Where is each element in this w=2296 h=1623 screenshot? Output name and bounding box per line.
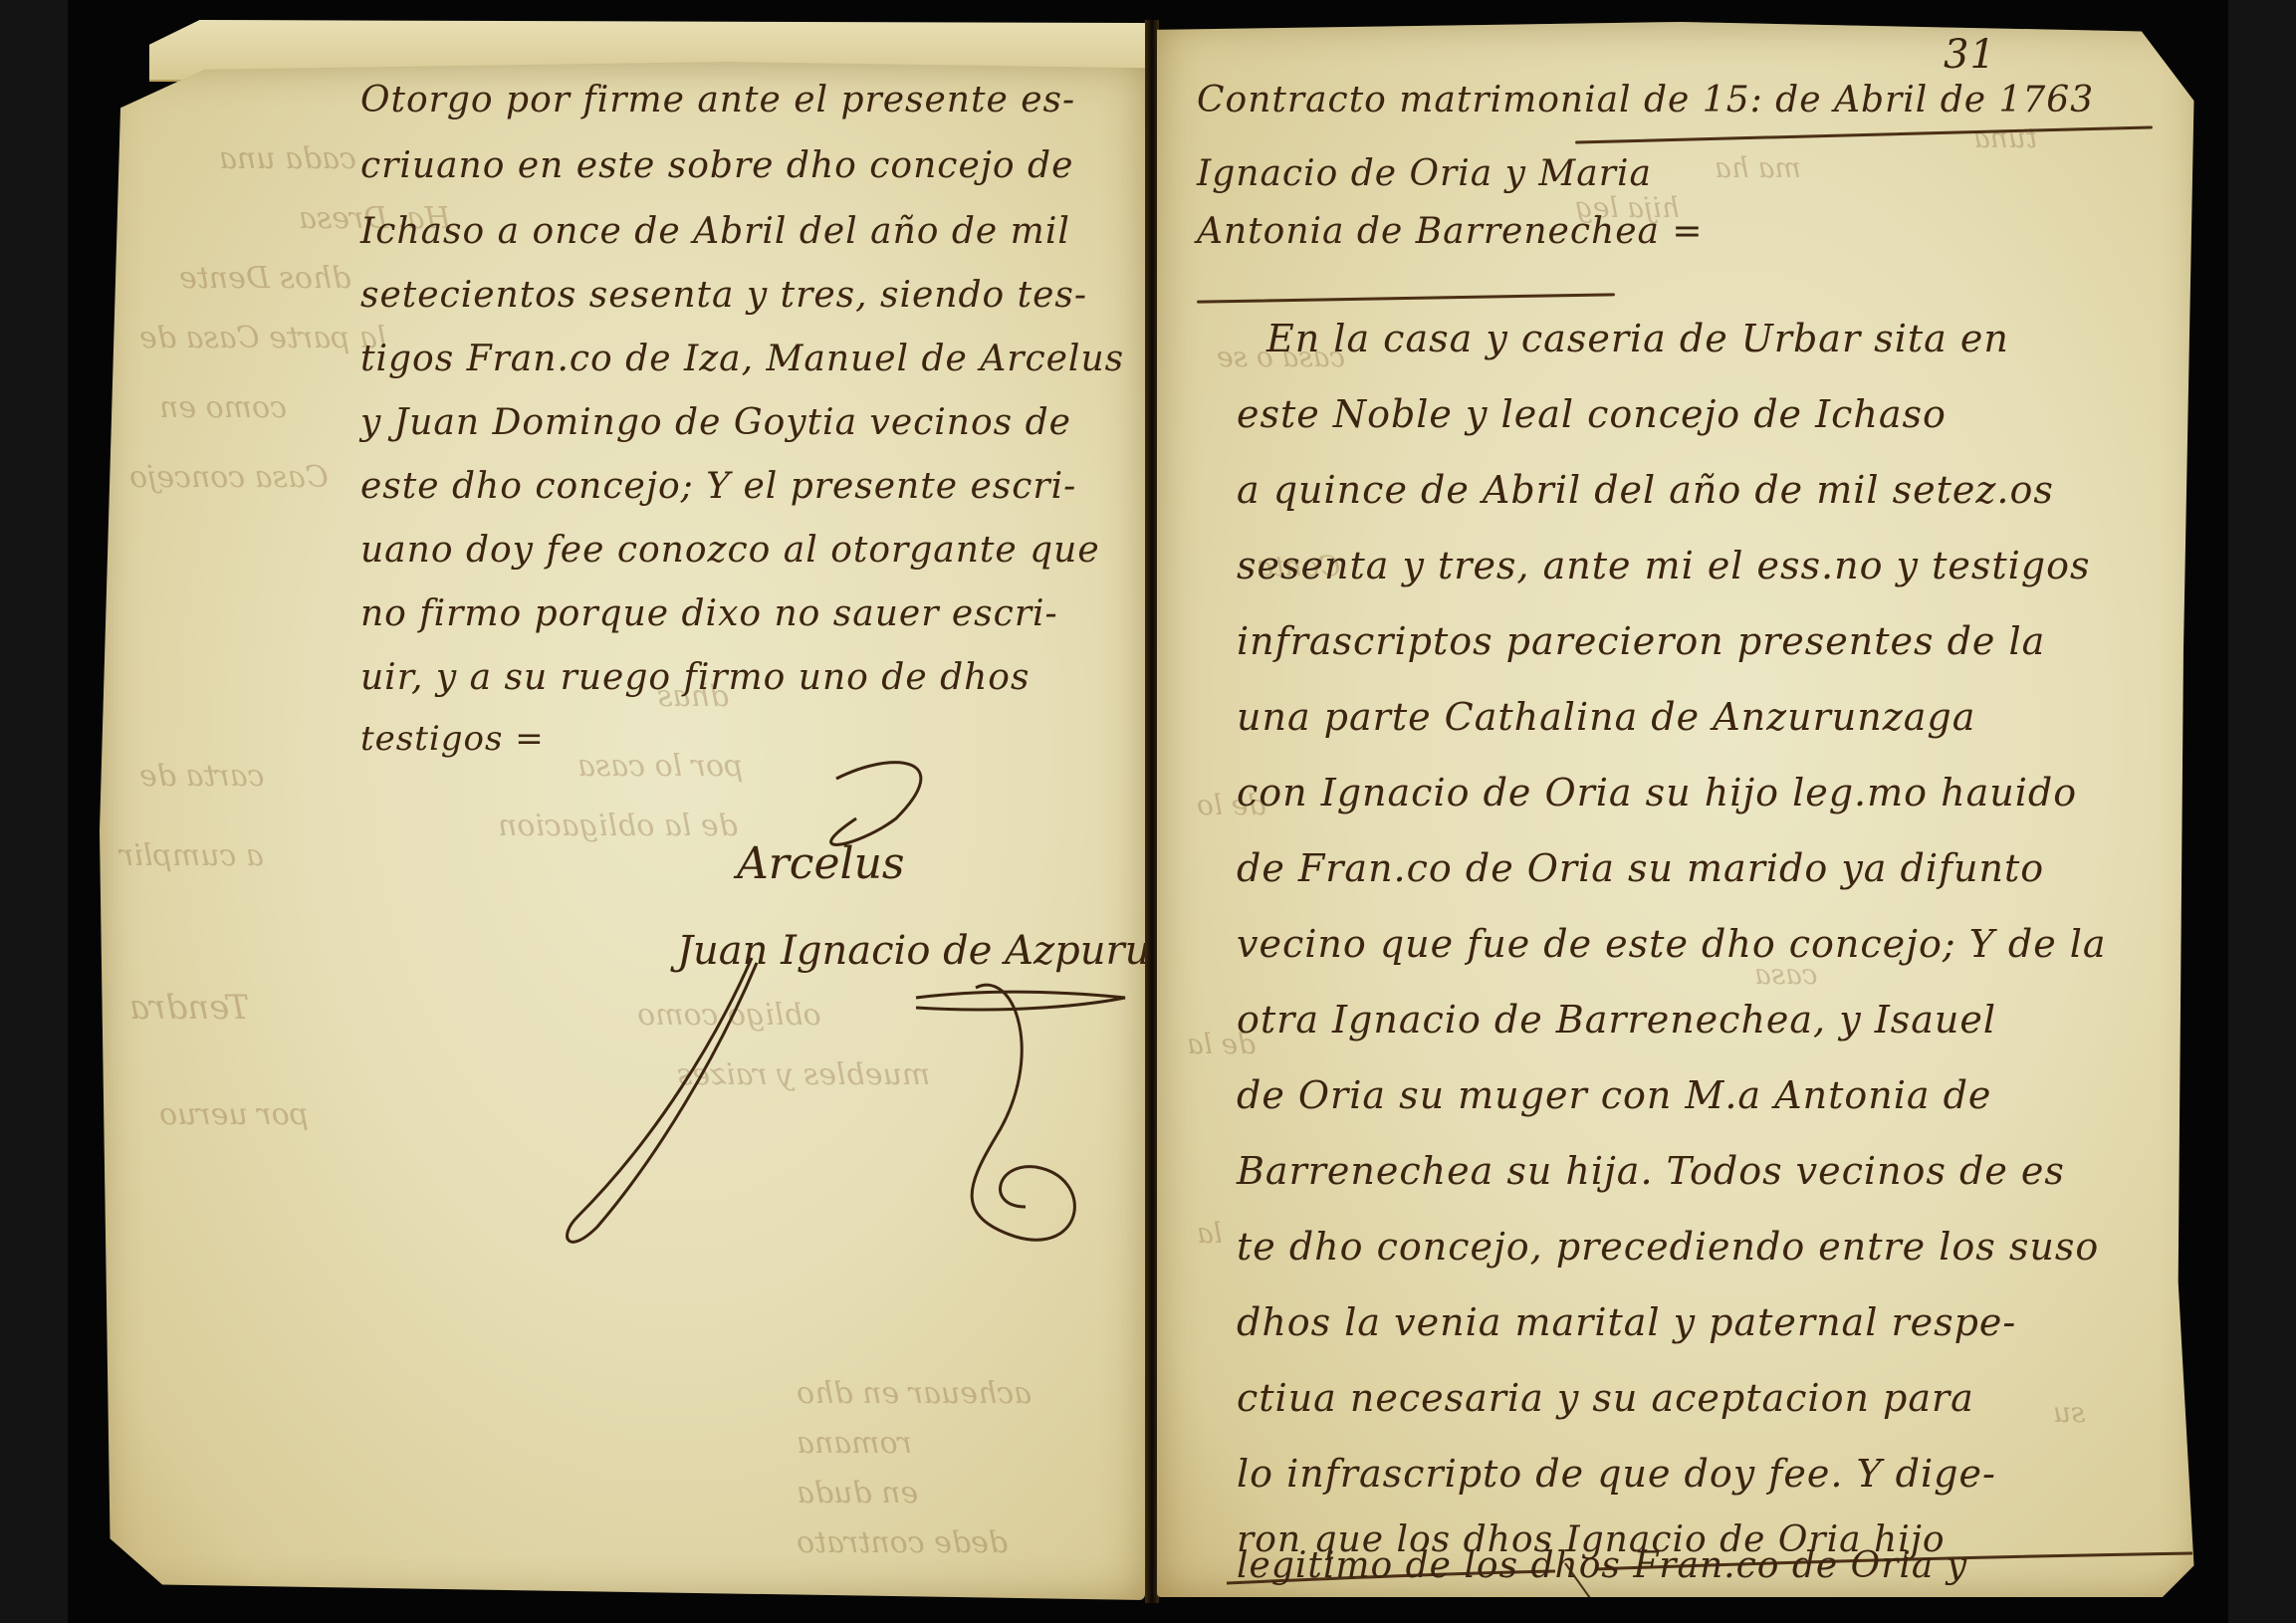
page-end-rule-icon [1157,22,2204,1597]
manuscript-line: legitimo de los dhos Fran.co de Oria y [1237,1545,1967,1586]
signature-flourish-icon [100,62,1145,1600]
right-page: tuna ma ha hija leg casa o se Conta de l… [1157,22,2204,1597]
left-page: cada una Ha. Dresa dhos Dente la parte C… [100,62,1145,1600]
book-gutter [1145,20,1159,1603]
